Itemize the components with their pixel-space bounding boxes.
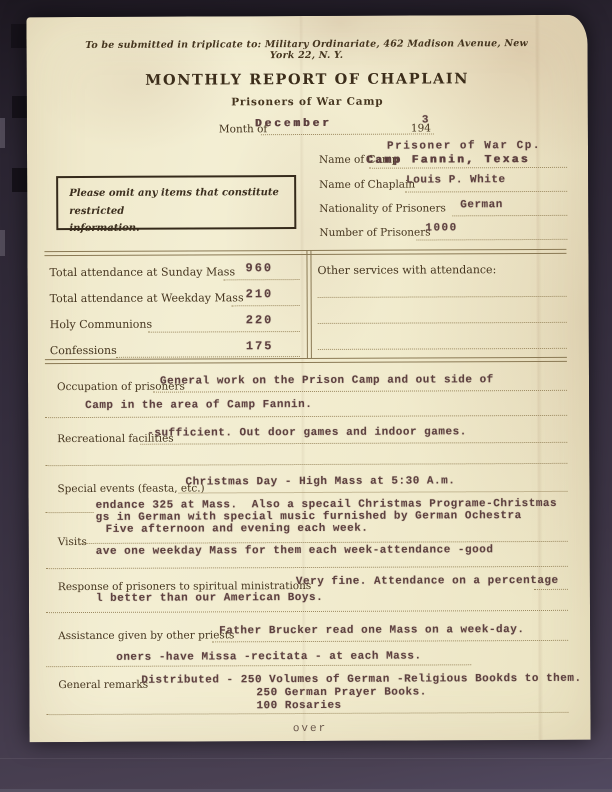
fill-line <box>534 589 568 590</box>
visits-line1: Five afternoon and evening each week. <box>106 523 369 537</box>
page-title: MONTHLY REPORT OF CHAPLAIN <box>27 71 588 90</box>
page-subtitle: Prisoners of War Camp <box>27 95 588 110</box>
restricted-note-line2: information. <box>69 219 283 237</box>
column-divider <box>306 250 311 358</box>
general-remarks-line2: 250 German Prayer Books. <box>256 686 426 699</box>
film-notch <box>12 96 28 118</box>
general-remarks-label: General remarks <box>58 679 148 691</box>
fill-line <box>452 215 567 217</box>
visits-line2: ave one weekday Mass for them each week-… <box>96 544 494 558</box>
attendance-sunday-value: 960 <box>245 262 273 276</box>
section-rule-top <box>44 249 566 256</box>
section-rule-bottom <box>45 357 567 364</box>
attendance-weekday-value: 210 <box>246 288 274 302</box>
camp-pre-line: Prisoner of War Cp. <box>387 140 541 153</box>
confessions-value: 175 <box>246 340 274 354</box>
field-name-of-chaplain-value: Louis P. White <box>406 174 505 187</box>
occupation-line2: Camp in the area of Camp Fannin. <box>85 399 312 413</box>
restricted-note-line1: Please omit any items that constitute re… <box>69 184 283 220</box>
scan-seam <box>0 758 612 759</box>
field-number-of-prisoners-label: Number of Prisoners <box>319 226 430 239</box>
confessions-label: Confessions <box>50 345 117 358</box>
fill-line <box>79 541 568 544</box>
general-remarks-line3: 100 Rosaries <box>256 700 341 713</box>
section-separator <box>46 610 568 613</box>
report-paper: To be submitted in triplicate to: Milita… <box>26 15 590 742</box>
fill-line <box>46 512 94 513</box>
scanned-report-page: To be submitted in triplicate to: Milita… <box>0 0 612 792</box>
attendance-sunday-label: Total attendance at Sunday Mass <box>50 266 236 279</box>
response-line1: Very fine. Attendance on a percentage <box>296 575 559 589</box>
other-services-header: Other services with attendance: <box>318 264 497 277</box>
holy-communions-label: Holy Communions <box>50 319 152 332</box>
fill-line <box>178 491 567 494</box>
fill-line <box>46 664 471 667</box>
other-services-line <box>318 296 567 298</box>
field-name-of-camp-value: Camp Fannin, Texas <box>366 154 530 167</box>
response-line2: l better than our American Boys. <box>96 592 323 606</box>
fill-line <box>148 331 300 333</box>
submit-instruction: To be submitted in triplicate to: Milita… <box>72 39 542 63</box>
film-notch <box>12 168 28 192</box>
fill-line <box>369 167 567 169</box>
recreation-line1: -sufficient. Out door games and indoor g… <box>147 426 467 440</box>
month-fill-line <box>261 133 434 135</box>
fill-line <box>232 305 300 306</box>
attendance-weekday-label: Total attendance at Weekday Mass <box>50 292 244 305</box>
field-name-of-chaplain-label: Name of Chaplain <box>319 179 415 191</box>
assistance-label: Assistance given by other priests <box>58 629 234 642</box>
restricted-note-box: Please omit any items that constitute re… <box>56 175 296 230</box>
fill-line <box>153 390 567 393</box>
other-services-line <box>318 322 567 324</box>
section-separator <box>45 463 567 466</box>
general-remarks-line1: Distributed - 250 Volumes of German -Rel… <box>141 673 581 688</box>
fill-line <box>45 415 567 418</box>
holy-communions-value: 220 <box>246 314 274 328</box>
fill-line <box>405 191 567 193</box>
film-edge-mark <box>0 230 5 256</box>
occupation-line1: General work on the Prison Camp and out … <box>160 374 494 388</box>
section-separator <box>46 566 568 569</box>
fill-line <box>416 239 567 241</box>
fill-line <box>212 640 568 643</box>
assistance-line2: oners -have Missa -recitata - at each Ma… <box>116 651 421 665</box>
field-number-of-prisoners-value: 1000 <box>425 222 457 235</box>
other-services-line <box>318 348 567 350</box>
fill-line <box>224 279 300 280</box>
field-nationality-label: Nationality of Prisoners <box>319 202 446 215</box>
over-label: over <box>30 722 591 737</box>
fill-line <box>46 712 568 715</box>
field-nationality-value: German <box>460 199 503 212</box>
year-typed: 3 <box>422 114 429 127</box>
special-events-line1: Christmas Day - High Mass at 5:30 A.m. <box>185 475 455 489</box>
assistance-line1: Father Brucker read one Mass on a week-d… <box>219 624 524 638</box>
fill-line <box>140 442 567 445</box>
month-value: December <box>255 118 332 131</box>
film-edge-mark <box>0 118 5 148</box>
